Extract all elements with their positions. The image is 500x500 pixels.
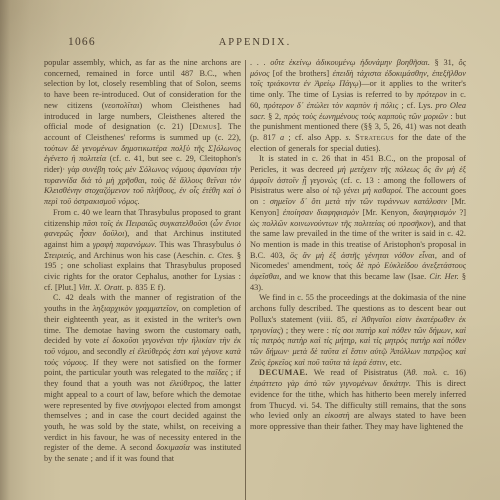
page-header: 1066 APPENDIX. <box>44 36 466 52</box>
text-segment: ὃς ἂν μὴ ἐξ ἀστῆς γένηται νόθον εἶναι <box>290 251 435 260</box>
text-segment: ) ; they were : <box>280 326 331 335</box>
book-page-scan: 1066 APPENDIX. popular assembly, which, … <box>0 0 500 500</box>
text-segment: οὔτε ἐκείνῳ ἀδικουμένῳ ἠδυνάμην βοηθῆσαι… <box>270 58 430 67</box>
text-segment: ὡς πολλῶν κοινωνούντων τῆς πολιτείας οὐ … <box>250 219 431 228</box>
text-segment: ; cf. also App. <box>284 133 345 142</box>
paragraph: DECUMAE. We read of Pisistratus (Ἀθ. πολ… <box>250 368 466 432</box>
text-segment: ; cf. Lys. <box>398 101 435 110</box>
text-segment: παῖδες <box>207 368 228 377</box>
text-segment: δοκιμασία <box>156 443 190 452</box>
text-segment: Cir. Her. <box>429 272 458 281</box>
text-segment: [Mr. Kenyon, <box>359 208 413 217</box>
text-segment: πᾶσι τοῖς ἐκ Πειραιῶς συγκατελθοῦσι <box>83 219 208 228</box>
text-segment: , and secondly <box>78 347 130 356</box>
text-segment: πρότερον δ᾽ ἐπώλει τὸν καρπὸν ἡ πόλις <box>263 101 398 110</box>
paragraph: From c. 40 we learn that Thrasybulus pro… <box>44 208 241 294</box>
text-segment: εἰκοστὴ <box>325 411 350 420</box>
column-divider-rule <box>245 60 246 500</box>
text-segment: οἱ τῷ γένει μὴ καθαροί. <box>323 186 404 195</box>
paragraph: popular assembly, which, as far as the n… <box>44 58 241 208</box>
text-segment: c. 16) <box>437 368 466 377</box>
text-segment: ἐποίησαν διαφηφισμὸν <box>283 208 359 217</box>
text-segment: DECUMAE. <box>259 368 308 377</box>
text-segment: ἐλεύθερος <box>169 379 202 388</box>
text-segment: p. 835 E f). <box>124 283 165 292</box>
text-segment: etc. <box>388 358 402 367</box>
text-segment: Vitt. X. Oratt. <box>78 283 124 292</box>
right-text-column: . . . οὔτε ἐκείνῳ ἀδικουμένῳ ἠδυνάμην βο… <box>250 58 466 500</box>
text-segment: ἐπράττετο γὰρ ἀπὸ τῶν γιγνομένων δεκάτην… <box>250 379 411 388</box>
text-segment: This was Thrasybulus <box>157 240 237 249</box>
running-head-title: APPENDIX. <box>44 37 466 48</box>
text-segment: [of the brothers] <box>270 69 333 78</box>
text-segment: συνήγοροι <box>131 401 165 410</box>
text-segment: , and Archinus won his case (Aeschin. <box>74 251 209 260</box>
text-segment: γὰρ συνέβη τοὺς μὲν Σόλωνος νόμους ἀφανί… <box>44 165 241 206</box>
text-segment: Demus <box>192 122 217 131</box>
text-segment: We read of Pisistratus ( <box>308 368 406 377</box>
paragraph: . . . οὔτε ἐκείνῳ ἀδικουμένῳ ἠδυνάμην βο… <box>250 58 466 154</box>
text-segment: Ἀθ. πολ. <box>406 368 437 377</box>
text-segment: γραφὴ παρανόμων. <box>93 240 157 249</box>
text-segment: σημεῖον δ᾽ ὅτι μετὰ τὴν τῶν τυράννων κατ… <box>270 197 447 206</box>
text-segment: § 2, <box>265 112 283 121</box>
text-segment: ?] <box>456 208 466 217</box>
text-segment: c. Ctes. <box>208 251 233 260</box>
paragraph: We find in c. 55 the proceedings at the … <box>250 293 466 368</box>
two-column-text-block: popular assembly, which, as far as the n… <box>44 58 466 500</box>
text-segment: πρότερον <box>417 90 447 99</box>
text-segment: διαψηφισμὸν <box>413 208 456 217</box>
text-segment: νεοπολῖται <box>104 101 139 110</box>
left-text-column: popular assembly, which, as far as the n… <box>44 58 241 500</box>
text-segment: , and we know that this became law (Isae… <box>279 272 429 281</box>
text-segment: § 31, <box>430 58 458 67</box>
text-segment: πρὸς τοὺς ἐωνημένους τοὺς καρποὺς τῶν μο… <box>284 112 448 121</box>
paragraph: It is stated in c. 26 that in 451 B.C., … <box>250 154 466 293</box>
text-segment: Strategus <box>355 133 394 142</box>
paragraph: C. 42 deals with the manner of registrat… <box>44 293 241 464</box>
text-segment: ληξιαρχικὸν γραμματεῖον <box>93 304 177 313</box>
text-segment: . . . <box>250 58 270 67</box>
